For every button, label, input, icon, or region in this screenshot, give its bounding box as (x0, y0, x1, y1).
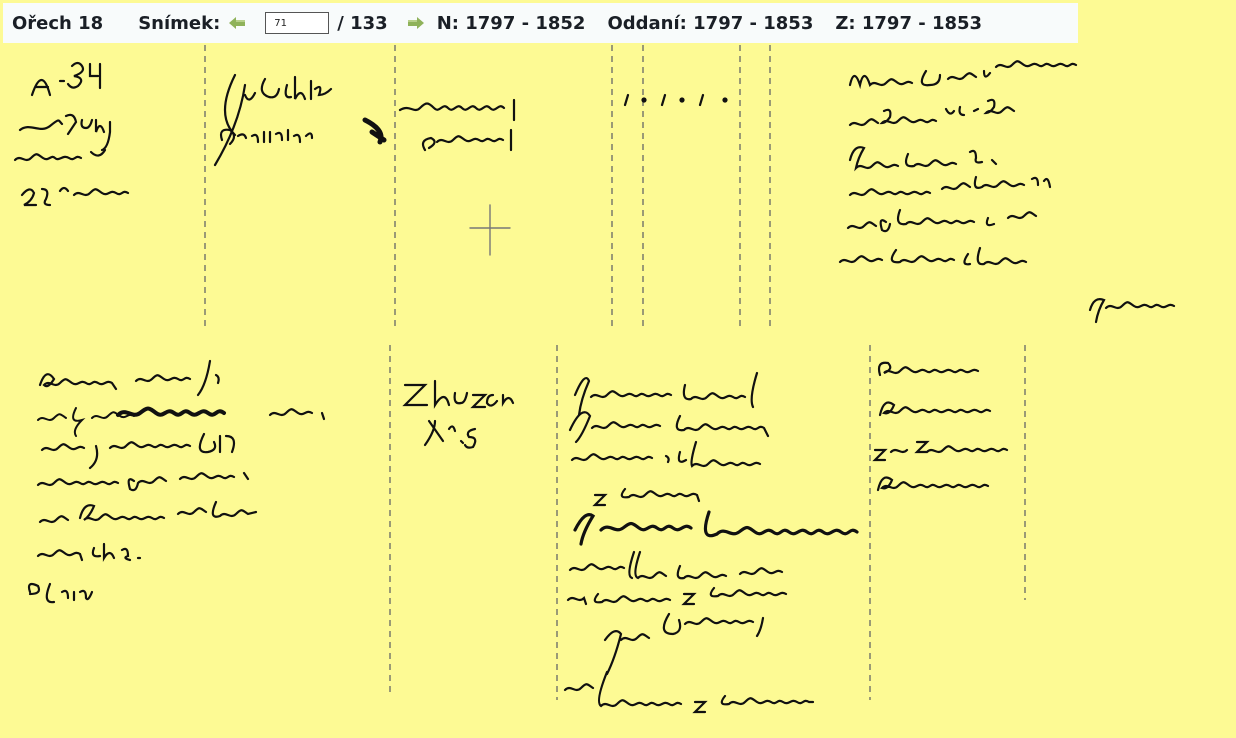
arrow-left-icon[interactable] (229, 17, 245, 29)
total-frames: / 133 (337, 13, 387, 34)
range-births: N: 1797 - 1852 (437, 13, 586, 34)
handwriting-strokes (0, 0, 1236, 738)
range-deaths: Z: 1797 - 1853 (835, 13, 982, 34)
register-scan-image (0, 0, 1236, 738)
range-deaths-label: Z: (835, 13, 855, 34)
register-title: Ořech 18 (12, 13, 103, 34)
navigation-bar: Ořech 18 Snímek: / 133 N: 1797 - 1852 Od… (3, 3, 1078, 43)
frame-number-input[interactable] (265, 12, 329, 34)
range-births-value: 1797 - 1852 (465, 13, 585, 34)
range-marriages-label: Oddaní: (607, 13, 686, 34)
range-deaths-value: 1797 - 1853 (862, 13, 982, 34)
range-births-label: N: (437, 13, 459, 34)
arrow-right-icon[interactable] (408, 17, 424, 29)
range-marriages: Oddaní: 1797 - 1853 (607, 13, 813, 34)
range-marriages-value: 1797 - 1853 (693, 13, 813, 34)
frame-label: Snímek: (138, 13, 220, 34)
